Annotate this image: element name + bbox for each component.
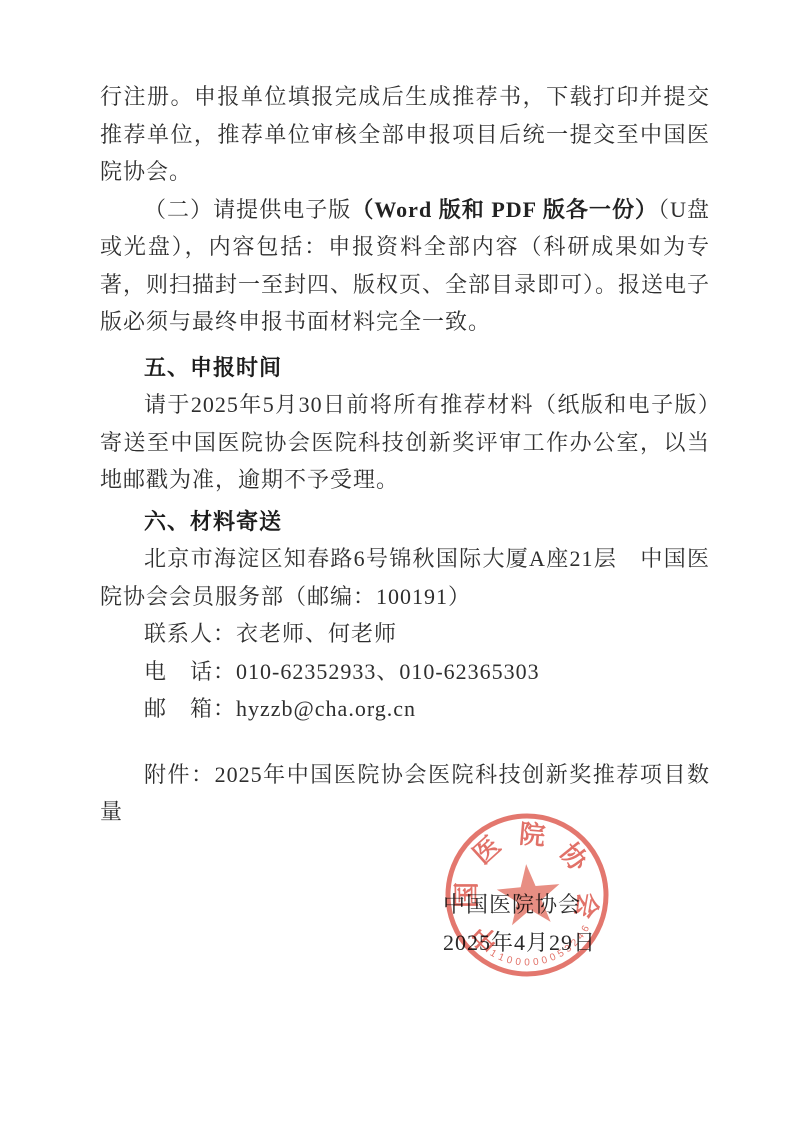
paragraph-electronic-pre: （二）请提供电子版 [144, 197, 351, 222]
paragraph-address: 北京市海淀区知春路6号锦秋国际大厦A座21层 中国医院协会会员服务部（邮编：10… [100, 540, 710, 615]
document-page: 行注册。申报单位填报完成后生成推荐书，下载打印并提交推荐单位，推荐单位审核全部申… [0, 0, 794, 1123]
section-heading-material-delivery: 六、材料寄送 [100, 503, 710, 541]
paragraph-contacts: 联系人：衣老师、何老师 [100, 615, 710, 653]
signature-org-name: 中国医院协会 [443, 886, 596, 924]
section-heading-application-time: 五、申报时间 [100, 349, 710, 387]
paragraph-deadline: 请于2025年5月30日前将所有推荐材料（纸版和电子版）寄送至中国医院协会医院科… [100, 386, 710, 499]
paragraph-registration: 行注册。申报单位填报完成后生成推荐书，下载打印并提交推荐单位，推荐单位审核全部申… [100, 78, 710, 191]
paragraph-phone: 电 话：010-62352933、010-62365303 [100, 653, 710, 691]
paragraph-email: 邮 箱：hyzzb@cha.org.cn [100, 690, 710, 728]
paragraph-electronic-bold: （Word 版和 PDF 版各一份） [351, 197, 658, 222]
paragraph-electronic-version: （二）请提供电子版（Word 版和 PDF 版各一份）（U盘或光盘），内容包括：… [100, 191, 710, 341]
svg-text:医: 医 [468, 831, 507, 870]
signature-date: 2025年4月29日 [443, 924, 596, 962]
signature-block: 中国医院协会 2025年4月29日 [443, 886, 596, 962]
document-body: 行注册。申报单位填报完成后生成推荐书，下载打印并提交推荐单位，推荐单位审核全部申… [100, 78, 710, 831]
attachment-reference: 附件：2025年中国医院协会医院科技创新奖推荐项目数量 [100, 756, 710, 831]
svg-text:协: 协 [554, 838, 594, 877]
